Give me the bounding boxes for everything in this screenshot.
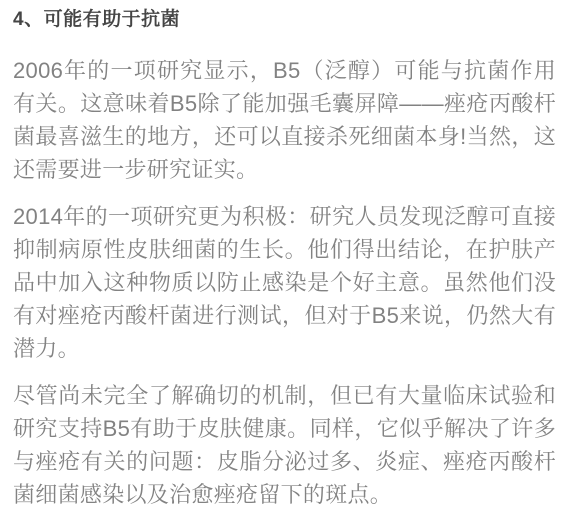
section-heading: 4、可能有助于抗菌 — [13, 8, 556, 32]
article-section: 4、可能有助于抗菌 2006年的一项研究显示，B5（泛醇）可能与抗菌作用有关。这… — [0, 0, 569, 511]
paragraph-3: 尽管尚未完全了解确切的机制，但已有大量临床试验和研究支持B5有助于皮肤健康。同样… — [13, 379, 556, 511]
paragraph-2: 2014年的一项研究更为积极：研究人员发现泛醇可直接抑制病原性皮肤细菌的生长。他… — [13, 200, 556, 365]
paragraph-1: 2006年的一项研究显示，B5（泛醇）可能与抗菌作用有关。这意味着B5除了能加强… — [13, 54, 556, 186]
